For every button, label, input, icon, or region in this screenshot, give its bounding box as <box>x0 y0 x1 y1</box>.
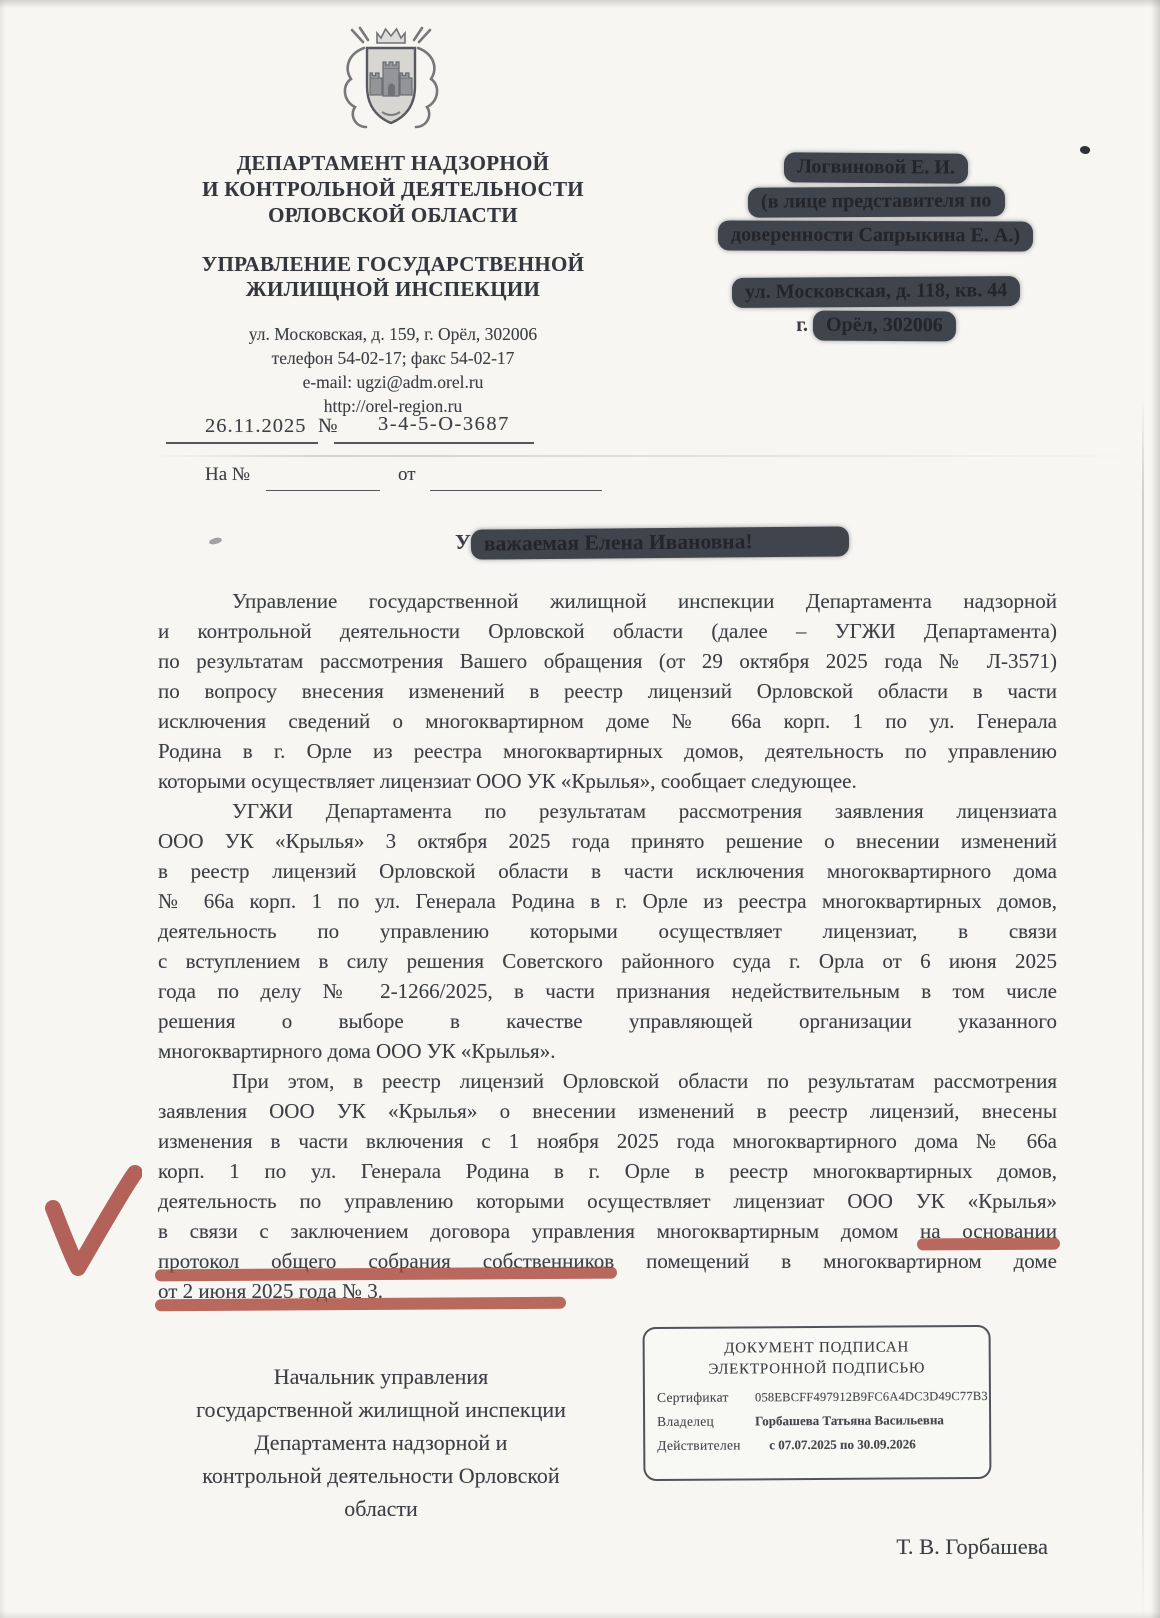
body-line: деятельность по управлению которыми осущ… <box>158 916 1057 946</box>
ref-from-label: от <box>398 464 416 486</box>
body-text-segment: Управление государственной жилищной инсп… <box>232 589 1057 613</box>
body-text-segment: в реестр лицензий Орловской области в ча… <box>158 859 1057 883</box>
red-underlined-text: протокол общего собрания собственников <box>158 1249 614 1273</box>
stamp-certificate-value: 058EBCFF497912B9FC6A4DC3D49C77B3 <box>755 1389 988 1405</box>
stamp-validity-label: Действителен <box>657 1437 755 1454</box>
signature-title-block: Начальник управления государственной жил… <box>165 1360 597 1525</box>
recipient-block: Логвиновой Е. И. (в лице представителя п… <box>688 150 1064 342</box>
body-text-segment: деятельность по управлению которыми осущ… <box>158 919 1057 943</box>
salutation-visible-letter: У <box>455 530 471 554</box>
salutation-line: Уважаемая Елена Ивановна! <box>455 528 849 558</box>
signature-title-line: Начальник управления <box>165 1360 597 1393</box>
body-line: заявления ООО УК «Крылья» о внесении изм… <box>158 1096 1057 1126</box>
body-text-segment: в связи с заключением договора управлени… <box>158 1219 920 1243</box>
phone-line: телефон 54-02-17; факс 54-02-17 <box>158 346 628 370</box>
body-line: года по делу № 2-1266/2025, в части приз… <box>158 976 1057 1006</box>
body-line: При этом, в реестр лицензий Орловской об… <box>158 1066 1057 1096</box>
redacted-recipient-name: Логвиновой Е. И. <box>784 152 968 183</box>
signature-title-line: Департамента надзорной и <box>165 1426 597 1459</box>
signature-title-line: области <box>165 1492 597 1525</box>
body-text-segment: изменения в части включения с 1 ноября 2… <box>158 1129 1057 1153</box>
signer-name: Т. В. Горбашева <box>830 1534 1048 1560</box>
org-address: ул. Московская, д. 159, г. Орёл, 302006 … <box>158 322 628 418</box>
body-line: деятельность по управлению которыми осущ… <box>158 1186 1057 1216</box>
redacted-recipient-address: ул. Московская, д. 118, кв. 44 <box>732 276 1020 308</box>
body-line: в реестр лицензий Орловской области в ча… <box>158 856 1057 886</box>
scan-edge-shadow-top <box>0 0 1160 8</box>
recipient-city-prefix: г. <box>796 314 808 336</box>
body-line: решения о выборе в качестве управляющей … <box>158 1006 1057 1036</box>
signature-title-line: контрольной деятельности Орловской <box>165 1459 597 1492</box>
letter-date: 26.11.2025 <box>205 415 307 438</box>
stamp-owner-row: Владелец Горбашева Татьяна Васильевна <box>657 1412 983 1430</box>
recipient-spacer <box>688 252 1064 274</box>
body-text-segment: УГЖИ Департамента по результатам рассмот… <box>232 799 1057 823</box>
body-text-segment: деятельность по управлению которыми осущ… <box>158 1189 1057 1213</box>
stamp-validity-value: с 07.07.2025 по 30.09.2026 <box>755 1436 916 1453</box>
body-text-segment: заявления ООО УК «Крылья» о внесении изм… <box>158 1099 1057 1123</box>
body-line: УГЖИ Департамента по результатам рассмот… <box>158 796 1057 826</box>
body-line: корп. 1 по ул. Генерала Родина в г. Орле… <box>158 1156 1057 1186</box>
body-text-segment: ООО УК «Крылья» 3 октября 2025 года прин… <box>158 829 1057 853</box>
scan-edge-shadow-bottom <box>0 1611 1160 1618</box>
body-line: протокол общего собрания собственников п… <box>158 1246 1057 1276</box>
body-text-segment: исключения сведений о многоквартирном до… <box>158 709 1057 733</box>
red-checkmark-annotation <box>42 1162 142 1280</box>
body-text-segment: помещений в многоквартирном доме <box>614 1249 1057 1273</box>
oryol-coat-of-arms-icon <box>330 26 452 146</box>
redacted-recipient-representative-line2: доверенности Сапрыкина Е. А.) <box>718 220 1033 251</box>
stamp-title-line2: ЭЛЕКТРОННОЙ ПОДПИСЬЮ <box>645 1358 989 1381</box>
body-text-segment: и контрольной деятельности Орловской обл… <box>158 619 1057 643</box>
body-text-segment: года по делу № 2-1266/2025, в части приз… <box>158 979 1057 1003</box>
ref-number-label: На № <box>205 464 250 486</box>
body-line: изменения в части включения с 1 ноября 2… <box>158 1126 1057 1156</box>
redacted-recipient-city: Орёл, 302006 <box>813 311 956 342</box>
letter-number: 3-4-5-О-3687 <box>378 413 510 436</box>
body-text-segment: по вопросу внесения изменений в реестр л… <box>158 679 1057 703</box>
stamp-rows: Сертификат 058EBCFF497912B9FC6A4DC3D49C7… <box>657 1388 983 1454</box>
redacted-salutation: важаемая Елена Ивановна! <box>471 526 849 559</box>
stamp-title: ДОКУМЕНТ ПОДПИСАН ЭЛЕКТРОННОЙ ПОДПИСЬЮ <box>645 1337 989 1381</box>
body-line: № 66а корп. 1 по ул. Генерала Родина в г… <box>158 886 1057 916</box>
body-text-segment: корп. 1 по ул. Генерала Родина в г. Орле… <box>158 1159 1057 1183</box>
body-text-segment: многоквартирного дома ООО УК «Крылья». <box>158 1039 555 1063</box>
body-text: Управление государственной жилищной инсп… <box>158 586 1057 1306</box>
org-name-line2: И КОНТРОЛЬНОЙ ДЕЯТЕЛЬНОСТИ <box>158 176 628 202</box>
ink-dot-artifact <box>1079 145 1091 156</box>
stamp-certificate-row: Сертификат 058EBCFF497912B9FC6A4DC3D49C7… <box>657 1388 983 1406</box>
body-text-segment: № 66а корп. 1 по ул. Генерала Родина в г… <box>158 889 1057 913</box>
red-underlined-text: от 2 июня 2025 года № 3. <box>158 1279 383 1303</box>
division-name-line1: УПРАВЛЕНИЕ ГОСУДАРСТВЕННОЙ <box>158 252 628 277</box>
body-line: многоквартирного дома ООО УК «Крылья». <box>158 1036 1057 1066</box>
body-line: в связи с заключением договора управлени… <box>158 1216 1057 1246</box>
paper-fold-line-vertical <box>1142 400 1144 1618</box>
letterhead: ДЕПАРТАМЕНТ НАДЗОРНОЙ И КОНТРОЛЬНОЙ ДЕЯТ… <box>158 150 628 418</box>
ref-number-blank-line <box>266 468 380 491</box>
stamp-validity-row: Действителен с 07.07.2025 по 30.09.2026 <box>657 1436 983 1454</box>
body-line: Родина в г. Орле из реестра многоквартир… <box>158 736 1057 766</box>
body-line: Управление государственной жилищной инсп… <box>158 586 1057 616</box>
division-name-line2: ЖИЛИЩНОЙ ИНСПЕКЦИИ <box>158 277 628 302</box>
body-text-segment: При этом, в реестр лицензий Орловской об… <box>232 1069 1057 1093</box>
body-line: по вопросу внесения изменений в реестр л… <box>158 676 1057 706</box>
ink-speck-artifact <box>208 537 222 546</box>
signature-title-line: государственной жилищной инспекции <box>165 1393 597 1426</box>
body-text-segment: Родина в г. Орле из реестра многоквартир… <box>158 739 1057 763</box>
body-text-segment: решения о выборе в качестве управляющей … <box>158 1009 1057 1033</box>
paper-crease-horizontal <box>150 455 1150 457</box>
body-line: с вступлением в силу решения Советского … <box>158 946 1057 976</box>
body-text-segment: которыми осуществляет лицензиат ООО УК «… <box>158 769 857 793</box>
body-line: по результатам рассмотрения Вашего обращ… <box>158 646 1057 676</box>
stamp-title-line1: ДОКУМЕНТ ПОДПИСАН <box>645 1337 989 1360</box>
org-name-line1: ДЕПАРТАМЕНТ НАДЗОРНОЙ <box>158 150 628 176</box>
body-line: исключения сведений о многоквартирном до… <box>158 706 1057 736</box>
email-line: e-mail: ugzi@adm.orel.ru <box>158 370 628 394</box>
red-underlined-text: на основании <box>920 1219 1057 1243</box>
body-line: ООО УК «Крылья» 3 октября 2025 года прин… <box>158 826 1057 856</box>
stamp-owner-label: Владелец <box>657 1413 755 1430</box>
body-text-segment: по результатам рассмотрения Вашего обращ… <box>158 649 1057 673</box>
body-line: и контрольной деятельности Орловской обл… <box>158 616 1057 646</box>
scan-edge-shadow-left <box>0 0 6 1618</box>
ref-date-blank-line <box>430 468 602 491</box>
electronic-signature-stamp: ДОКУМЕНТ ПОДПИСАН ЭЛЕКТРОННОЙ ПОДПИСЬЮ С… <box>643 1325 992 1481</box>
number-sign: № <box>318 415 338 438</box>
org-name-line3: ОРЛОВСКОЙ ОБЛАСТИ <box>158 202 628 228</box>
redacted-recipient-representative-line1: (в лице представителя по <box>748 186 1005 217</box>
stamp-certificate-label: Сертификат <box>657 1389 755 1406</box>
scanned-letter-page: ДЕПАРТАМЕНТ НАДЗОРНОЙ И КОНТРОЛЬНОЙ ДЕЯТ… <box>0 0 1160 1618</box>
body-line: от 2 июня 2025 года № 3. <box>158 1276 1057 1306</box>
body-text-segment: с вступлением в силу решения Советского … <box>158 949 1057 973</box>
scan-edge-shadow-right <box>1151 0 1160 1618</box>
stamp-owner-value: Горбашева Татьяна Васильевна <box>755 1412 944 1429</box>
body-line: которыми осуществляет лицензиат ООО УК «… <box>158 766 1057 796</box>
address-line: ул. Московская, д. 159, г. Орёл, 302006 <box>158 322 628 346</box>
